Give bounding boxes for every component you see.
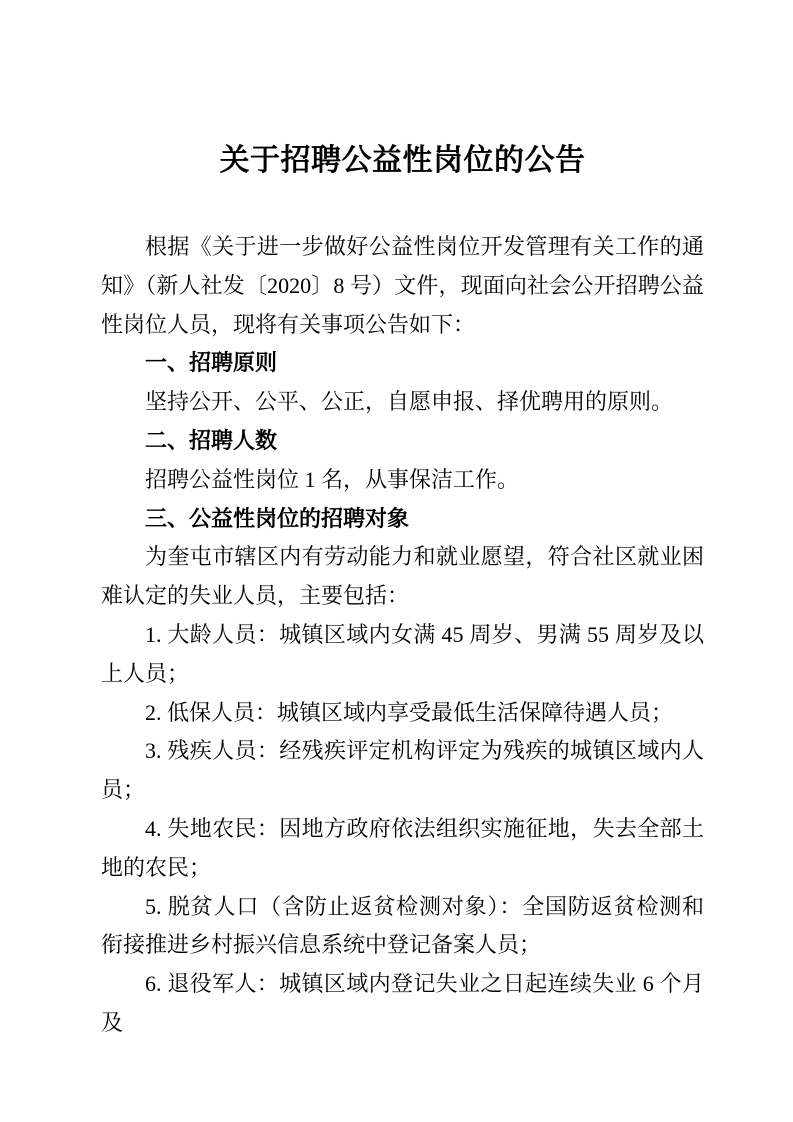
list-item-1-older-persons: 1. 大龄人员：城镇区域内女满 45 周岁、男满 55 周岁及以上人员； bbox=[101, 616, 704, 694]
document-page: 关于招聘公益性岗位的公告 根据《关于进一步做好公益性岗位开发管理有关工作的通知》… bbox=[0, 0, 793, 1122]
section-heading-recruit-count: 二、招聘人数 bbox=[101, 422, 704, 461]
section-heading-recruit-targets: 三、公益性岗位的招聘对象 bbox=[101, 500, 704, 539]
paragraph-intro: 根据《关于进一步做好公益性岗位开发管理有关工作的通知》（新人社发〔2020〕8 … bbox=[101, 228, 704, 344]
list-item-3-disabled-persons: 3. 残疾人员：经残疾评定机构评定为残疾的城镇区域内人员； bbox=[101, 732, 704, 810]
paragraph-targets-intro: 为奎屯市辖区内有劳动能力和就业愿望，符合社区就业困难认定的失业人员，主要包括： bbox=[101, 538, 704, 616]
paragraph-count: 招聘公益性岗位 1 名，从事保洁工作。 bbox=[101, 461, 704, 500]
list-item-5-poverty-lifted: 5. 脱贫人口（含防止返贫检测对象）：全国防返贫检测和衔接推进乡村振兴信息系统中… bbox=[101, 888, 704, 966]
section-heading-recruit-principle: 一、招聘原则 bbox=[101, 344, 704, 383]
list-item-2-subsistence-allowance: 2. 低保人员：城镇区域内享受最低生活保障待遇人员； bbox=[101, 694, 704, 733]
list-item-6-veterans: 6. 退役军人：城镇区域内登记失业之日起连续失业 6 个月及 bbox=[101, 965, 704, 1043]
list-item-4-landless-farmers: 4. 失地农民：因地方政府依法组织实施征地，失去全部土地的农民； bbox=[101, 810, 704, 888]
paragraph-principle: 坚持公开、公平、公正，自愿申报、择优聘用的原则。 bbox=[101, 383, 704, 422]
document-title: 关于招聘公益性岗位的公告 bbox=[101, 140, 704, 181]
announcement-body: 关于招聘公益性岗位的公告 根据《关于进一步做好公益性岗位开发管理有关工作的通知》… bbox=[101, 140, 704, 1043]
